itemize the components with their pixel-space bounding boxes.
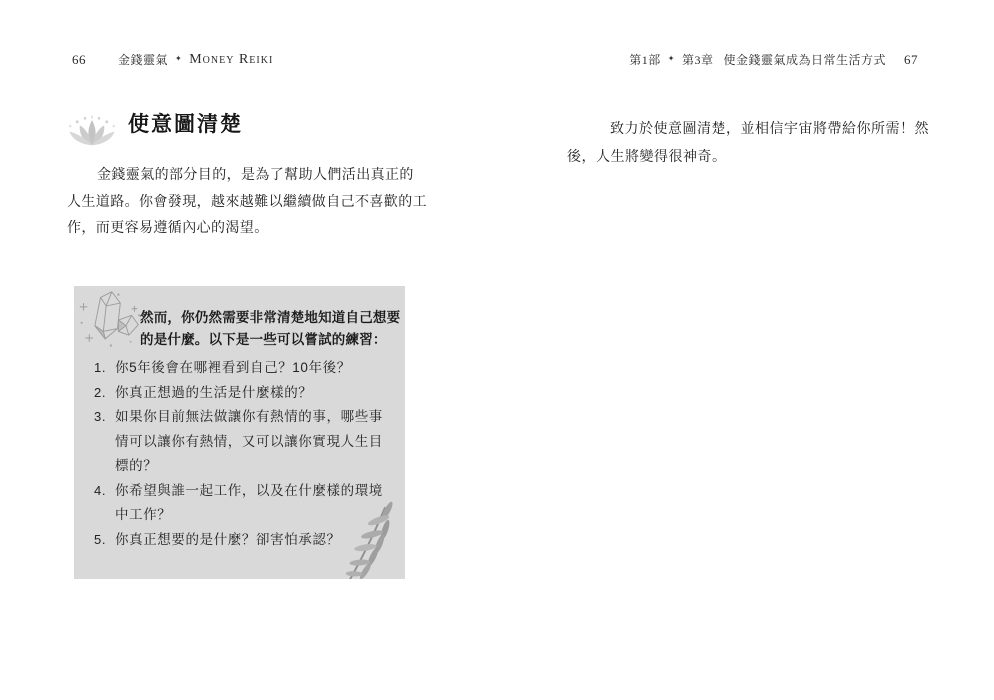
exercise-list: 1. 你5年後會在哪裡看到自己？10年後？ 2. 你真正想過的生活是什麼樣的？ … xyxy=(94,356,383,552)
paragraph-line: 作，而更容易遵循內心的渴望。 xyxy=(67,216,427,243)
item-number: 2. xyxy=(94,381,115,406)
item-line: 如果你目前無法做讓你有熱情的事，哪些事 xyxy=(115,405,383,430)
section-title: 使意圖清楚 xyxy=(128,110,243,140)
crystal-illustration xyxy=(76,288,142,354)
book-spread: 66 金錢靈氣 ✦ Money Reiki 第1部 ✦ 第3章 使金錢靈氣成為日… xyxy=(0,0,994,700)
list-item: 5. 你真正想要的是什麼？卻害怕承認？ xyxy=(94,528,383,553)
paragraph-line: 人生道路。你會發現，越來越難以繼續做自己不喜歡的工 xyxy=(67,190,427,217)
item-line: 你真正想過的生活是什麼樣的？ xyxy=(115,381,312,406)
item-line: 標的？ xyxy=(115,454,383,479)
right-body-paragraph: 致力於使意圖清楚，並相信宇宙將帶給你所需！然 後，人生將變得很神奇。 xyxy=(567,116,929,172)
item-number: 1. xyxy=(94,356,115,381)
left-body-paragraph: 金錢靈氣的部分目的，是為了幫助人們活出真正的 人生道路。你會發現，越來越難以繼續… xyxy=(67,163,427,243)
lotus-icon xyxy=(64,114,120,154)
running-header-left: 66 金錢靈氣 ✦ Money Reiki xyxy=(72,51,273,68)
running-header-right: 第1部 ✦ 第3章 使金錢靈氣成為日常生活方式 67 xyxy=(629,51,918,68)
four-pointed-star-icon: ✦ xyxy=(668,54,675,63)
chapter-label: 第3章 xyxy=(682,51,714,68)
item-line: 你真正想要的是什麼？卻害怕承認？ xyxy=(115,528,341,553)
list-item: 2. 你真正想過的生活是什麼樣的？ xyxy=(94,381,383,406)
paragraph-line: 金錢靈氣的部分目的，是為了幫助人們活出真正的 xyxy=(67,163,427,190)
part-label: 第1部 xyxy=(629,51,661,68)
item-line: 你希望與誰一起工作，以及在什麼樣的環境 xyxy=(115,479,383,504)
book-title-zh: 金錢靈氣 xyxy=(118,51,168,68)
intro-line: 的是什麼。以下是一些可以嘗試的練習： xyxy=(140,329,400,351)
page-number-right: 67 xyxy=(904,52,918,68)
paragraph-line: 後，人生將變得很神奇。 xyxy=(567,144,929,172)
item-number: 5. xyxy=(94,528,115,553)
section-heading: 使意圖清楚 xyxy=(64,110,243,154)
four-pointed-star-icon: ✦ xyxy=(175,54,182,63)
leaf-branch-illustration xyxy=(342,501,402,579)
list-item: 3. 如果你目前無法做讓你有熱情的事，哪些事 情可以讓你有熱情，又可以讓你實現人… xyxy=(94,405,383,479)
exercise-box-intro: 然而，你仍然需要非常清楚地知道自己想要 的是什麼。以下是一些可以嘗試的練習： xyxy=(140,307,400,350)
book-title-en: Money Reiki xyxy=(189,52,273,68)
chapter-title: 使金錢靈氣成為日常生活方式 xyxy=(723,51,886,68)
item-line: 你5年後會在哪裡看到自己？10年後？ xyxy=(115,356,351,381)
item-number: 3. xyxy=(94,405,115,479)
page-number-left: 66 xyxy=(72,52,86,68)
exercise-box: 然而，你仍然需要非常清楚地知道自己想要 的是什麼。以下是一些可以嘗試的練習： 1… xyxy=(74,286,405,579)
intro-line: 然而，你仍然需要非常清楚地知道自己想要 xyxy=(140,307,400,329)
item-line: 情可以讓你有熱情，又可以讓你實現人生目 xyxy=(115,430,383,455)
list-item: 4. 你希望與誰一起工作，以及在什麼樣的環境 中工作？ xyxy=(94,479,383,528)
item-number: 4. xyxy=(94,479,115,528)
paragraph-line: 致力於使意圖清楚，並相信宇宙將帶給你所需！然 xyxy=(567,116,929,144)
list-item: 1. 你5年後會在哪裡看到自己？10年後？ xyxy=(94,356,383,381)
